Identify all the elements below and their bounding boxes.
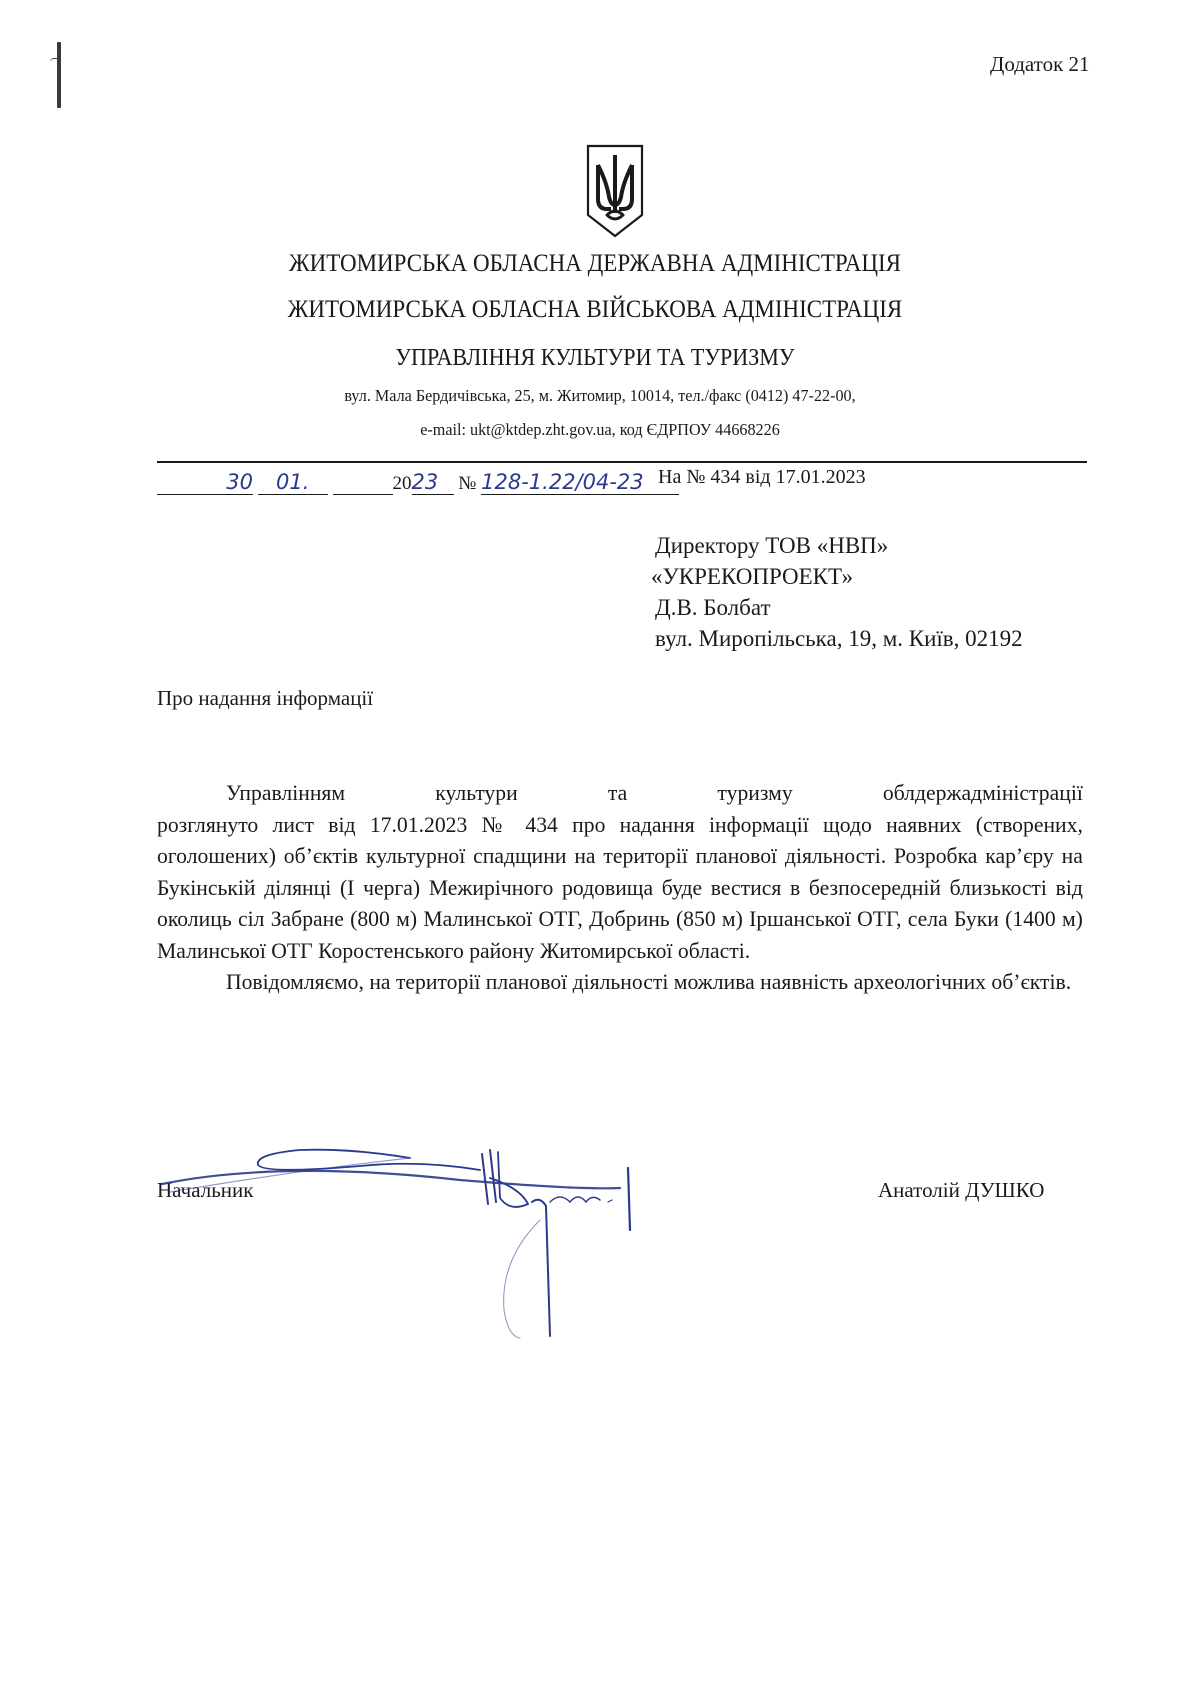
- body-paragraph-1: розглянуто лист від 17.01.2023 № 434 про…: [157, 809, 1083, 967]
- handwritten-signature: [160, 1140, 680, 1340]
- reg-year-suffix: 23: [412, 470, 439, 494]
- body-word: культури: [435, 777, 517, 809]
- header-address: вул. Мала Бердичівська, 25, м. Житомир, …: [35, 386, 1166, 406]
- body-paragraph-2: Повідомляємо, на території планової діял…: [157, 966, 1083, 998]
- reg-number: 128-1.22/04-23: [481, 470, 644, 494]
- reg-year-field: 23: [412, 470, 454, 495]
- reg-year-prefix: 20: [393, 473, 412, 494]
- header-divider: [157, 461, 1087, 463]
- recipient-name: Д.В. Болбат: [655, 592, 1023, 623]
- reg-number-label: №: [458, 473, 476, 494]
- header-contact: e-mail: ukt@ktdep.zht.gov.ua, код ЄДРПОУ…: [35, 420, 1166, 440]
- letter-subject: Про надання інформації: [157, 686, 373, 711]
- reg-day-field: 30: [157, 470, 253, 495]
- header-org-line-1: ЖИТОМИРСЬКА ОБЛАСНА ДЕРЖАВНА АДМІНІСТРАЦ…: [48, 250, 1143, 278]
- header-department: УПРАВЛІННЯ КУЛЬТУРИ ТА ТУРИЗМУ: [48, 345, 1143, 372]
- reg-number-field: 128-1.22/04-23: [481, 470, 679, 495]
- reg-day: 30: [226, 470, 253, 494]
- recipient-company: «УКРЕКОПРОЕКТ»: [651, 561, 1023, 592]
- signatory-name: Анатолій ДУШКО: [878, 1178, 1044, 1203]
- recipient-address: вул. Миропільська, 19, м. Київ, 02192: [655, 623, 1023, 654]
- recipient-block: Директору ТОВ «НВП» «УКРЕКОПРОЕКТ» Д.В. …: [655, 530, 1023, 654]
- body-word: облдержадміністрації: [883, 777, 1083, 809]
- header-org-line-2: ЖИТОМИРСЬКА ОБЛАСНА ВІЙСЬКОВА АДМІНІСТРА…: [48, 296, 1143, 324]
- staple-mark: [57, 42, 61, 108]
- body-first-line: Управлінням культури та туризму облдержа…: [157, 777, 1083, 809]
- body-word: та: [608, 777, 627, 809]
- reg-month: 01.: [276, 470, 309, 494]
- body-word: туризму: [717, 777, 792, 809]
- reg-spacer: [333, 470, 393, 495]
- coat-of-arms-icon: [585, 143, 645, 239]
- recipient-position: Директору ТОВ «НВП»: [655, 530, 1023, 561]
- letter-body: Управлінням культури та туризму облдержа…: [157, 777, 1083, 998]
- reg-month-field: 01.: [258, 470, 328, 495]
- reply-reference: На № 434 від 17.01.2023: [658, 466, 866, 489]
- registration-line: 30 01. 2023 № 128-1.22/04-23: [157, 470, 679, 500]
- body-word: Управлінням: [226, 777, 345, 809]
- annex-label: Додаток 21: [990, 52, 1090, 77]
